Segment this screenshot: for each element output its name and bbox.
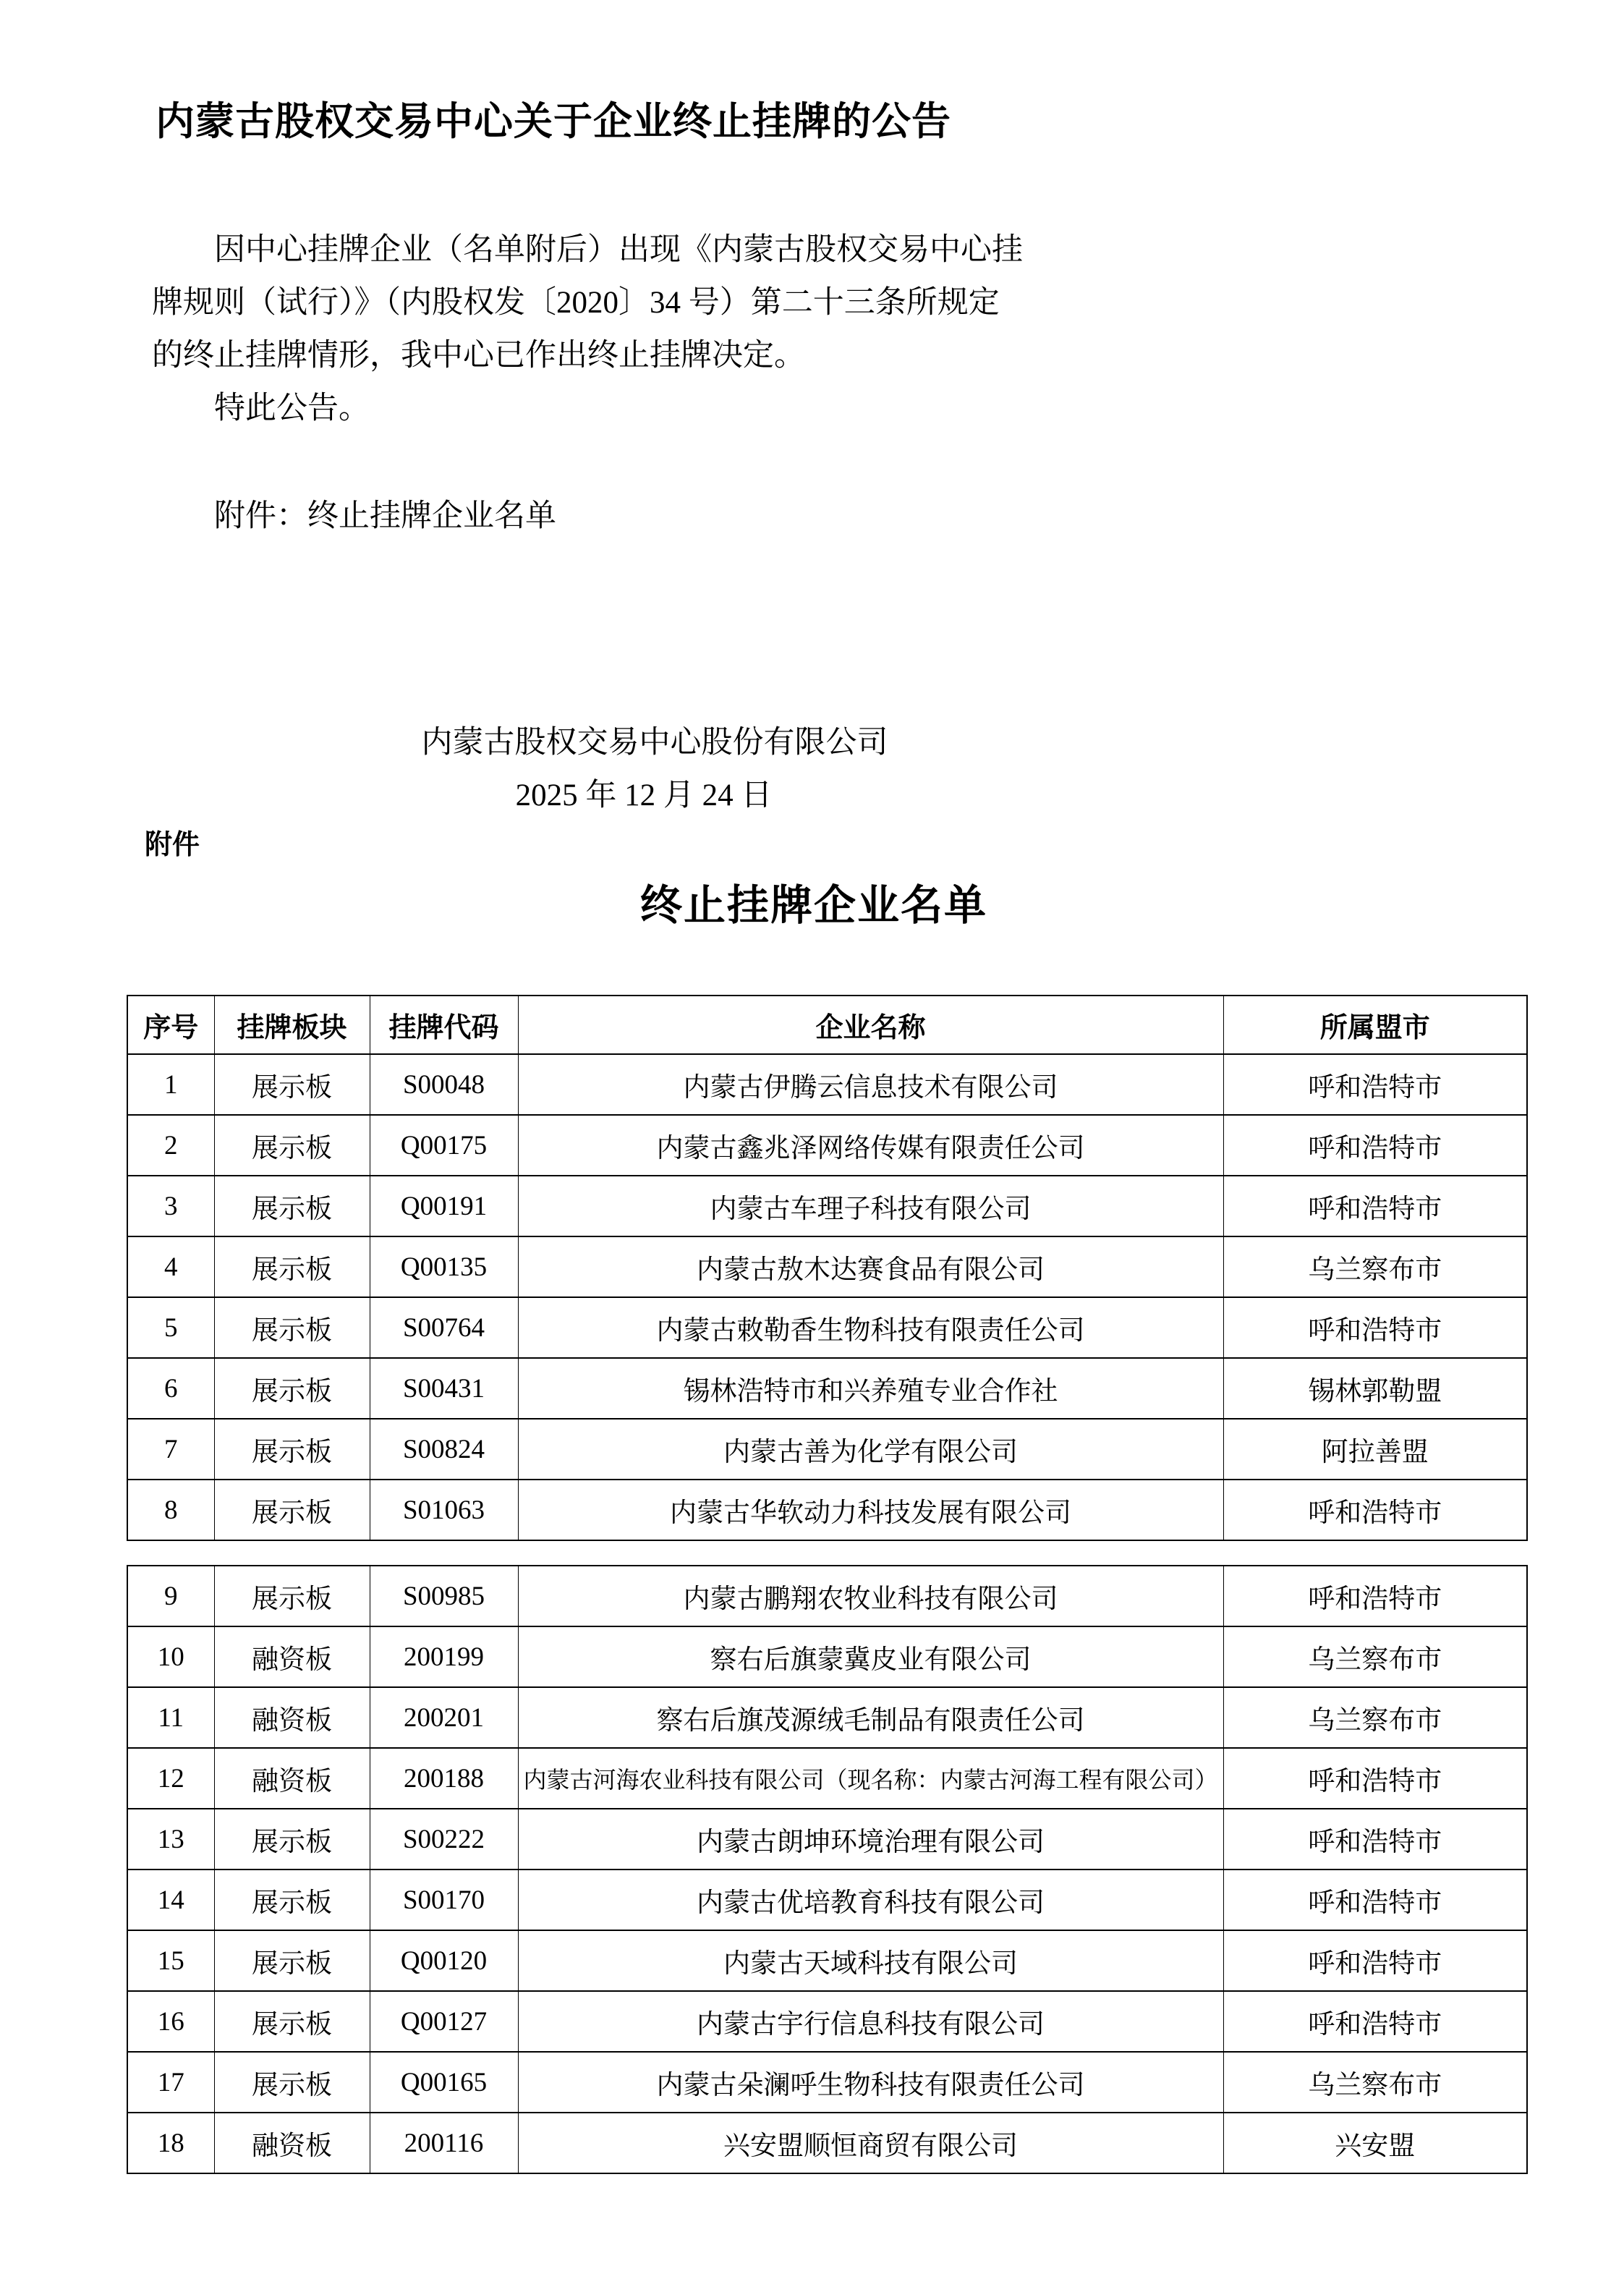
table-cell: 融资板 <box>214 1626 370 1687</box>
termination-table-part2: 9展示板S00985内蒙古鹏翔农牧业科技有限公司呼和浩特市10融资板200199… <box>127 1565 1528 2174</box>
table-cell: 展示板 <box>214 1930 370 1991</box>
table-cell: 呼和浩特市 <box>1223 1566 1527 1626</box>
column-header-index: 序号 <box>127 996 214 1054</box>
table-row: 17展示板Q00165内蒙古朵澜呼生物科技有限责任公司乌兰察布市 <box>127 2052 1527 2113</box>
table-cell: 呼和浩特市 <box>1223 1809 1527 1870</box>
table-cell: 展示板 <box>214 1358 370 1419</box>
table-cell: 呼和浩特市 <box>1223 1991 1527 2052</box>
table-cell: Q00120 <box>370 1930 518 1991</box>
table-cell: S00222 <box>370 1809 518 1870</box>
table-cell: 7 <box>127 1419 214 1480</box>
table-title: 终止挂牌企业名单 <box>0 883 1624 929</box>
table-cell: 呼和浩特市 <box>1223 1870 1527 1930</box>
table-row: 3展示板Q00191内蒙古车理子科技有限公司呼和浩特市 <box>127 1176 1527 1236</box>
table-cell: 内蒙古伊腾云信息技术有限公司 <box>518 1054 1223 1115</box>
table-cell: 内蒙古善为化学有限公司 <box>518 1419 1223 1480</box>
table-cell: 乌兰察布市 <box>1223 1687 1527 1748</box>
table-cell: 10 <box>127 1626 214 1687</box>
table-row: 5展示板S00764内蒙古敕勒香生物科技有限责任公司呼和浩特市 <box>127 1297 1527 1358</box>
table-cell: 乌兰察布市 <box>1223 2052 1527 2113</box>
table-row: 2展示板Q00175内蒙古鑫兆泽网络传媒有限责任公司呼和浩特市 <box>127 1115 1527 1176</box>
table-cell: 11 <box>127 1687 214 1748</box>
table-row: 6展示板S00431锡林浩特市和兴养殖专业合作社锡林郭勒盟 <box>127 1358 1527 1419</box>
table-cell: 展示板 <box>214 1566 370 1626</box>
page-title: 内蒙古股权交易中心关于企业终止挂牌的公告 <box>0 100 1107 143</box>
announcement-document: 内蒙古股权交易中心关于企业终止挂牌的公告 因中心挂牌企业（名单附后）出现《内蒙古… <box>0 0 1624 2279</box>
table-cell: 乌兰察布市 <box>1223 1236 1527 1297</box>
table-cell: 呼和浩特市 <box>1223 1480 1527 1540</box>
table-row: 15展示板Q00120内蒙古天域科技有限公司呼和浩特市 <box>127 1930 1527 1991</box>
table-cell: 内蒙古敖木达赛食品有限公司 <box>518 1236 1223 1297</box>
table-cell: 展示板 <box>214 1236 370 1297</box>
table-cell: Q00127 <box>370 1991 518 2052</box>
table-cell: 兴安盟顺恒商贸有限公司 <box>518 2113 1223 2173</box>
table-cell: 展示板 <box>214 1991 370 2052</box>
table-cell: 200188 <box>370 1748 518 1809</box>
body-closing-line: 特此公告。 <box>152 382 1078 435</box>
table-cell: 内蒙古天域科技有限公司 <box>518 1930 1223 1991</box>
table-cell: S00170 <box>370 1870 518 1930</box>
table-cell: 内蒙古优培教育科技有限公司 <box>518 1870 1223 1930</box>
column-header-company: 企业名称 <box>518 996 1223 1054</box>
table-cell: 察右后旗茂源绒毛制品有限责任公司 <box>518 1687 1223 1748</box>
table-row: 10融资板200199察右后旗蒙冀皮业有限公司乌兰察布市 <box>127 1626 1527 1687</box>
body-line: 的终止挂牌情形，我中心已作出终止挂牌决定。 <box>152 329 1078 382</box>
table-row: 11融资板200201察右后旗茂源绒毛制品有限责任公司乌兰察布市 <box>127 1687 1527 1748</box>
table-cell: 融资板 <box>214 1748 370 1809</box>
table-cell: Q00165 <box>370 2052 518 2113</box>
table-row: 4展示板Q00135内蒙古敖木达赛食品有限公司乌兰察布市 <box>127 1236 1527 1297</box>
table-row: 9展示板S00985内蒙古鹏翔农牧业科技有限公司呼和浩特市 <box>127 1566 1527 1626</box>
table-cell: 6 <box>127 1358 214 1419</box>
table-row: 16展示板Q00127内蒙古宇行信息科技有限公司呼和浩特市 <box>127 1991 1527 2052</box>
table-cell: 呼和浩特市 <box>1223 1748 1527 1809</box>
body-line: 因中心挂牌企业（名单附后）出现《内蒙古股权交易中心挂 <box>152 224 1078 276</box>
table-cell: 展示板 <box>214 1176 370 1236</box>
column-header-league-city: 所属盟市 <box>1223 996 1527 1054</box>
table-cell: 融资板 <box>214 2113 370 2173</box>
table-cell: S00985 <box>370 1566 518 1626</box>
table-cell: 1 <box>127 1054 214 1115</box>
table-cell: 200116 <box>370 2113 518 2173</box>
table-cell: 展示板 <box>214 1054 370 1115</box>
table-cell: S00764 <box>370 1297 518 1358</box>
table-cell: S00824 <box>370 1419 518 1480</box>
table-cell: S01063 <box>370 1480 518 1540</box>
table-row: 1展示板S00048内蒙古伊腾云信息技术有限公司呼和浩特市 <box>127 1054 1527 1115</box>
table-cell: 展示板 <box>214 1419 370 1480</box>
column-header-code: 挂牌代码 <box>370 996 518 1054</box>
table-cell: 展示板 <box>214 1480 370 1540</box>
table-row: 14展示板S00170内蒙古优培教育科技有限公司呼和浩特市 <box>127 1870 1527 1930</box>
table-cell: 4 <box>127 1236 214 1297</box>
issue-date: 2025 年 12 月 24 日 <box>0 776 1288 815</box>
table-row: 13展示板S00222内蒙古朗坤环境治理有限公司呼和浩特市 <box>127 1809 1527 1870</box>
table-cell: 15 <box>127 1930 214 1991</box>
table-cell: Q00135 <box>370 1236 518 1297</box>
table-row: 18融资板200116兴安盟顺恒商贸有限公司兴安盟 <box>127 2113 1527 2173</box>
table-cell: 锡林浩特市和兴养殖专业合作社 <box>518 1358 1223 1419</box>
table-cell: 内蒙古敕勒香生物科技有限责任公司 <box>518 1297 1223 1358</box>
table-cell: 16 <box>127 1991 214 2052</box>
table-row: 8展示板S01063内蒙古华软动力科技发展有限公司呼和浩特市 <box>127 1480 1527 1540</box>
table-cell: 呼和浩特市 <box>1223 1930 1527 1991</box>
table-cell: 8 <box>127 1480 214 1540</box>
table-cell: 阿拉善盟 <box>1223 1419 1527 1480</box>
table-cell: 内蒙古宇行信息科技有限公司 <box>518 1991 1223 2052</box>
table-cell: Q00175 <box>370 1115 518 1176</box>
table-cell: 200201 <box>370 1687 518 1748</box>
table-cell: 展示板 <box>214 1115 370 1176</box>
table-cell: 锡林郭勒盟 <box>1223 1358 1527 1419</box>
table-cell: 内蒙古朗坤环境治理有限公司 <box>518 1809 1223 1870</box>
termination-table-part1: 序号 挂牌板块 挂牌代码 企业名称 所属盟市 1展示板S00048内蒙古伊腾云信… <box>127 995 1528 1541</box>
table-cell: 展示板 <box>214 2052 370 2113</box>
table-cell: 200199 <box>370 1626 518 1687</box>
table-cell: 17 <box>127 2052 214 2113</box>
table-cell: 内蒙古华软动力科技发展有限公司 <box>518 1480 1223 1540</box>
table-cell: 呼和浩特市 <box>1223 1297 1527 1358</box>
table-cell: 内蒙古朵澜呼生物科技有限责任公司 <box>518 2052 1223 2113</box>
table-cell: 内蒙古鹏翔农牧业科技有限公司 <box>518 1566 1223 1626</box>
table-cell: 兴安盟 <box>1223 2113 1527 2173</box>
table-cell: 呼和浩特市 <box>1223 1115 1527 1176</box>
table-cell: Q00191 <box>370 1176 518 1236</box>
table-cell: 内蒙古河海农业科技有限公司（现名称：内蒙古河海工程有限公司） <box>518 1748 1223 1809</box>
table-cell: 内蒙古鑫兆泽网络传媒有限责任公司 <box>518 1115 1223 1176</box>
table-cell: 呼和浩特市 <box>1223 1176 1527 1236</box>
attachment-label: 附件 <box>145 828 200 862</box>
table-cell: 融资板 <box>214 1687 370 1748</box>
table-cell: 12 <box>127 1748 214 1809</box>
issuer-signature: 内蒙古股权交易中心股份有限公司 <box>0 723 1309 763</box>
table-cell: 3 <box>127 1176 214 1236</box>
table-cell: 展示板 <box>214 1870 370 1930</box>
table-cell: 14 <box>127 1870 214 1930</box>
table-cell: S00048 <box>370 1054 518 1115</box>
body-line: 牌规则（试行）》（内股权发〔2020〕34 号）第二十三条所规定 <box>152 276 1078 329</box>
table-row: 12融资板200188内蒙古河海农业科技有限公司（现名称：内蒙古河海工程有限公司… <box>127 1748 1527 1809</box>
attachment-note: 附件：终止挂牌企业名单 <box>214 500 556 533</box>
column-header-board: 挂牌板块 <box>214 996 370 1054</box>
table-cell: 内蒙古车理子科技有限公司 <box>518 1176 1223 1236</box>
table-cell: 13 <box>127 1809 214 1870</box>
announcement-body: 因中心挂牌企业（名单附后）出现《内蒙古股权交易中心挂 牌规则（试行）》（内股权发… <box>152 224 1078 435</box>
table-cell: 察右后旗蒙冀皮业有限公司 <box>518 1626 1223 1687</box>
table-header-row: 序号 挂牌板块 挂牌代码 企业名称 所属盟市 <box>127 996 1527 1054</box>
table-cell: 2 <box>127 1115 214 1176</box>
table-cell: S00431 <box>370 1358 518 1419</box>
table-cell: 9 <box>127 1566 214 1626</box>
table-cell: 呼和浩特市 <box>1223 1054 1527 1115</box>
table-cell: 展示板 <box>214 1297 370 1358</box>
table-cell: 18 <box>127 2113 214 2173</box>
table-cell: 展示板 <box>214 1809 370 1870</box>
table-cell: 5 <box>127 1297 214 1358</box>
table-cell: 乌兰察布市 <box>1223 1626 1527 1687</box>
table-row: 7展示板S00824内蒙古善为化学有限公司阿拉善盟 <box>127 1419 1527 1480</box>
